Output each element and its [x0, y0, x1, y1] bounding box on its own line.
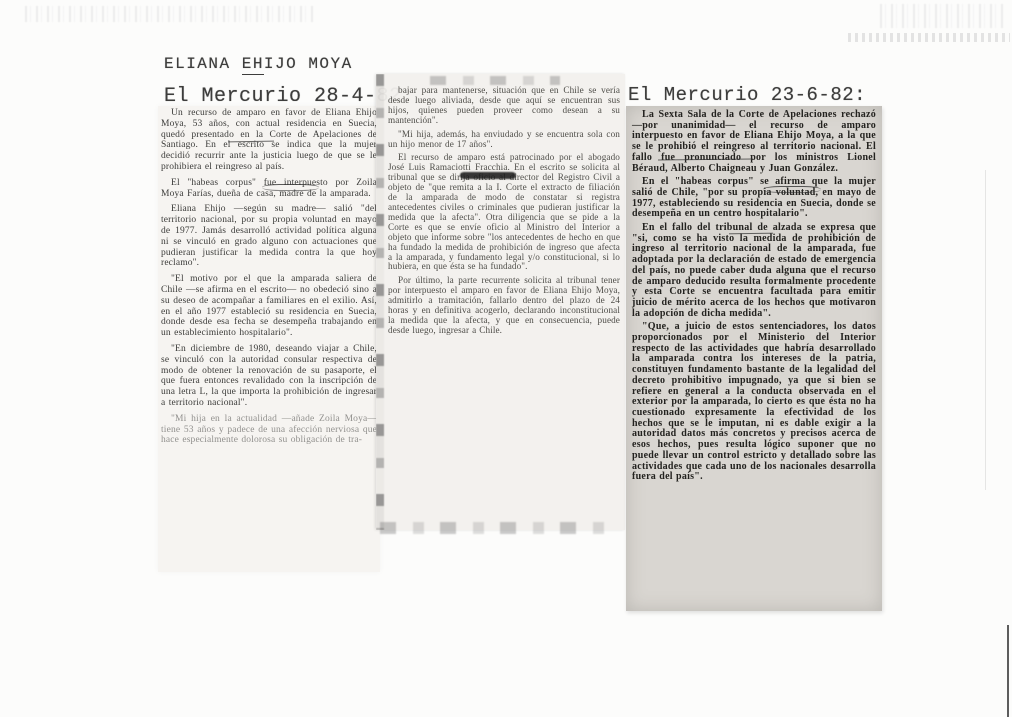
clipping-article1-left-column: Un recurso de amparo en favor de Eliana … [158, 106, 380, 572]
clipping-article2-column: La Sexta Sala de la Corte de Apelaciones… [626, 106, 882, 611]
ink-blot-strikethrough-middle-column [460, 172, 516, 179]
typed-caption-article2-date: El Mercurio 23-6-82: [628, 84, 866, 106]
typed-caption-subject-name: ELIANA EHIJO MOYA [164, 55, 353, 73]
article-paragraph: Eliana Ehijo —según su madre— salió "del… [161, 204, 377, 269]
paper-fold-line [985, 170, 986, 490]
article-paragraph: "Que, a juicio de estos sentenciadores, … [632, 322, 876, 483]
article-paragraph: En el "habeas corpus" se afirma que la m… [632, 177, 876, 220]
subject-name-underlined: EH [242, 55, 264, 75]
article-paragraph: "En diciembre de 1980, deseando viajar a… [161, 344, 377, 409]
smudge-top-of-middle-column [430, 76, 560, 85]
subject-name-pre: ELIANA [164, 55, 242, 73]
torn-edge-artifact [376, 74, 384, 530]
middle-column-text: bajar para mantenerse, situación que en … [388, 78, 620, 336]
smudge-bottom-of-middle-column [380, 522, 606, 534]
article-paragraph: "El motivo por el que la amparada salier… [161, 274, 377, 339]
scan-artifact-top-left [25, 6, 315, 22]
article-paragraph: Por último, la parte recurrente solicita… [388, 276, 620, 335]
scan-artifact-dotted-line [848, 33, 1010, 42]
scan-artifact-top-right [880, 4, 1005, 28]
article-paragraph: "Mi hija, además, ha enviudado y se encu… [388, 130, 620, 150]
pen-squiggle-after-gonzalez [763, 186, 821, 193]
pen-squiggle-after-pais [262, 184, 319, 191]
clipping-article1-middle-column: bajar para mantenerse, situación que en … [376, 74, 625, 530]
article-paragraph: La Sexta Sala de la Corte de Apelaciones… [632, 110, 876, 174]
article-paragraph: "Mi hija en la actualidad —añade Zoila M… [161, 414, 377, 446]
scanned-press-clippings-page: { "colors": { "paper": "#fcfcfb", "newsp… [0, 0, 1012, 717]
scan-edge-line [1007, 625, 1009, 717]
subject-name-post: IJO MOYA [264, 55, 353, 73]
article-paragraph: bajar para mantenerse, situación que en … [388, 86, 620, 126]
article-paragraph: En el fallo del tribunal de alzada se ex… [632, 223, 876, 319]
